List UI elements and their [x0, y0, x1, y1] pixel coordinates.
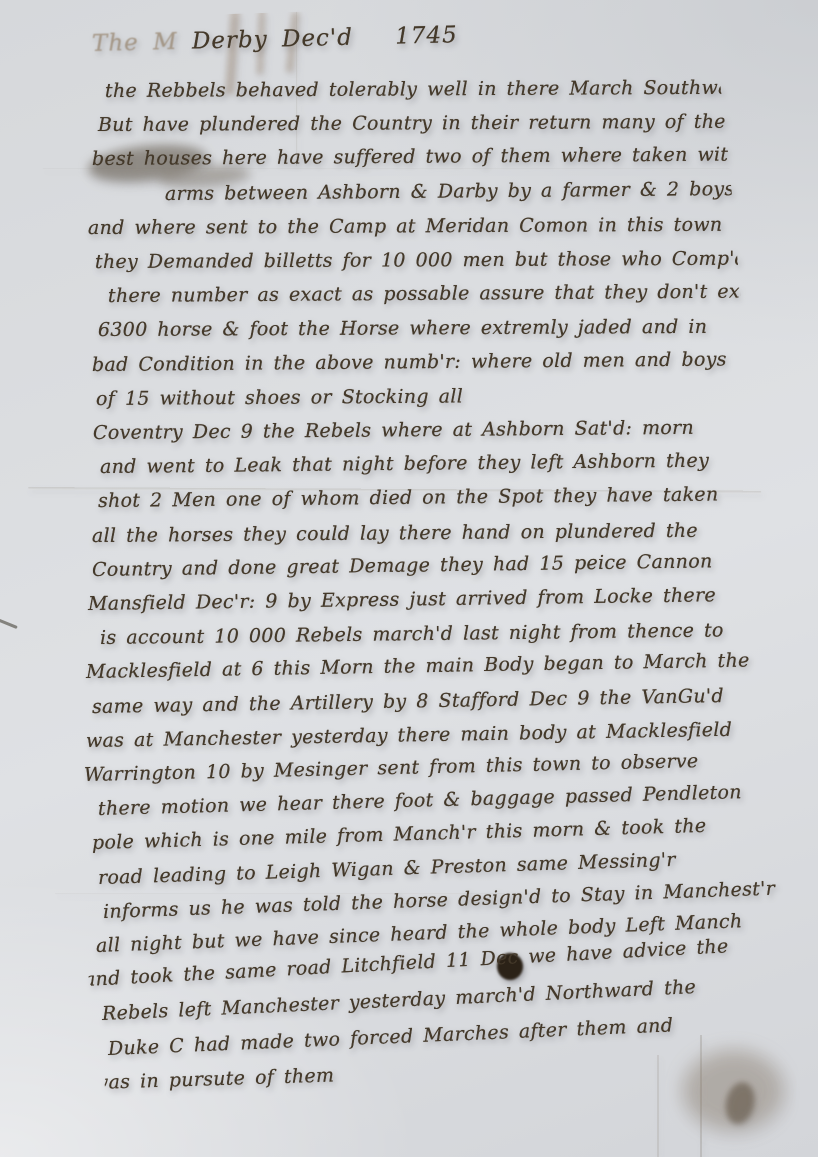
manuscript-line: the Rebbels behaved tolerably well in th…: [105, 77, 752, 102]
manuscript-line: But have plundered the Country in their …: [98, 111, 726, 136]
docket-year: 1745: [395, 22, 458, 50]
manuscript-line: shot 2 Men one of whom died on the Spot …: [98, 484, 719, 512]
manuscript-line: there number as exact as possable assure…: [108, 280, 787, 307]
manuscript-line: is account 10 000 Rebels march'd last ni…: [100, 620, 724, 650]
manuscript-line: bad Condition in the above numb'r: where…: [92, 348, 727, 376]
manuscript-line: Country and done great Demage they had 1…: [92, 550, 713, 581]
manuscript-line: was at Manchester yesterday there main b…: [86, 719, 733, 752]
manuscript-line: Warrington 10 by Mesinger sent from this…: [84, 750, 699, 786]
manuscript-line: Mansfield Dec'r: 9 by Express just arriv…: [88, 584, 716, 615]
manuscript-line: Coventry Dec 9 the Rebels where at Ashbo…: [93, 417, 694, 444]
manuscript-line: all the horses they could lay there hand…: [92, 519, 698, 546]
manuscript-line: arms between Ashborn & Darby by a farmer…: [165, 178, 735, 205]
manuscript-line: same way and the Artillery by 8 Stafford…: [92, 685, 724, 718]
docket-title: Derby Dec'd: [192, 25, 354, 55]
manuscript-line: and where sent to the Camp at Meridan Co…: [88, 213, 723, 238]
manuscript-line: best houses here have suffered two of th…: [92, 143, 804, 170]
fold-crease-vertical: [657, 1055, 659, 1157]
manuscript-line: there motion we hear there foot & baggag…: [98, 781, 742, 820]
manuscript-line: Macklesfield at 6 this Morn the main Bod…: [86, 650, 750, 684]
manuscript-line: and went to Leak that night before they …: [100, 450, 709, 478]
photo-background: The M Derby Dec'd 1745 the Rebbels behav…: [0, 0, 818, 1157]
background-pen-mark: [0, 618, 18, 629]
manuscript-line: pole which is one mile from Manch'r this…: [92, 815, 707, 854]
manuscript-line: road leading to Leigh Wigan & Preston sa…: [98, 848, 676, 888]
manuscript-line: of 15 without shoes or Stocking all: [96, 385, 463, 410]
manuscript-line: was in pursute of them: [92, 1064, 335, 1094]
docket-header: The M Derby Dec'd 1745: [92, 22, 458, 57]
docket-prefix: The M: [92, 29, 178, 57]
manuscript-line: they Demanded billetts for 10 000 men bu…: [95, 248, 747, 273]
manuscript-line: 6300 horse & foot the Horse where extrem…: [98, 316, 707, 341]
